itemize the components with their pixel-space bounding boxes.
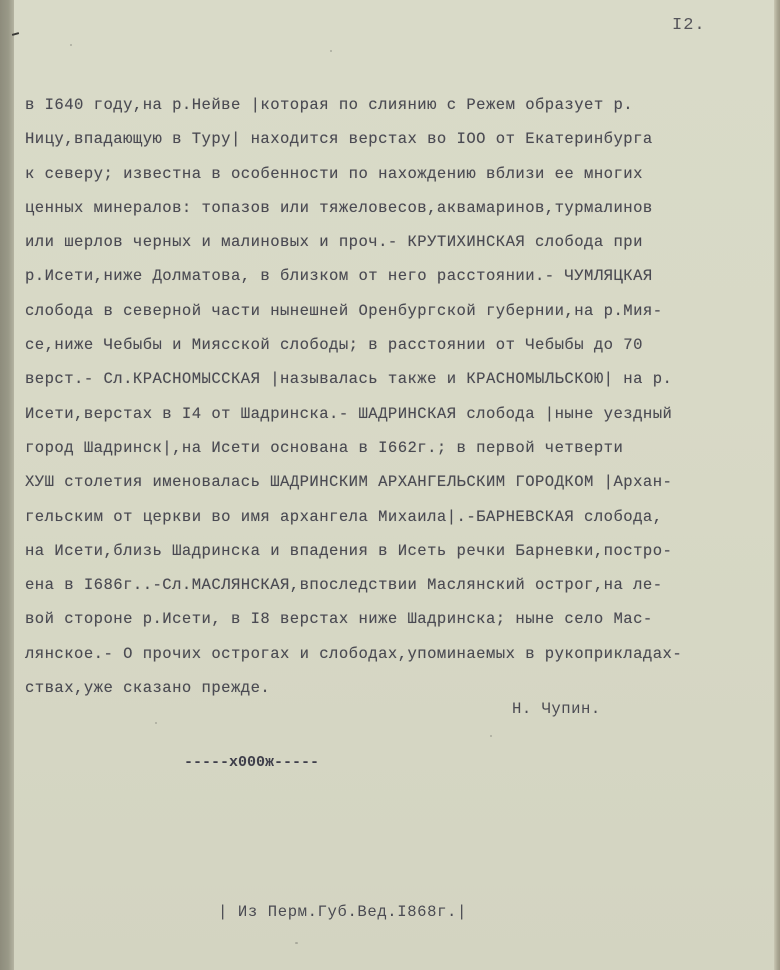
text-line: или шерлов черных и малиновых и проч.- К… [25, 225, 770, 259]
section-separator: -----х000ж----- [184, 754, 319, 771]
text-line: к северу; известна в особенности по нахо… [25, 157, 770, 191]
text-line: на Исети,близь Шадринска и впадения в Ис… [25, 534, 770, 568]
paper-speck [155, 722, 157, 724]
text-line: ценных минералов: топазов или тяжеловесо… [25, 191, 770, 225]
text-line: ствах,уже сказано прежде. [25, 671, 770, 705]
paper-speck [330, 50, 332, 52]
margin-mark [12, 32, 19, 36]
page-left-edge [0, 0, 14, 970]
text-line: лянское.- О прочих острогах и слободах,у… [25, 637, 770, 671]
text-line: Ницу,впадающую в Туру| находится верстах… [25, 122, 770, 156]
paper-speck [490, 735, 492, 737]
text-line: город Шадринск|,на Исети основана в I662… [25, 431, 770, 465]
paper-speck [295, 942, 298, 944]
text-line: гельским от церкви во имя архангела Миха… [25, 500, 770, 534]
text-line: слобода в северной части нынешней Оренбу… [25, 294, 770, 328]
body-text: в I640 году,на р.Нейве |которая по слиян… [25, 88, 770, 705]
page-number: I2. [672, 16, 706, 35]
typewritten-page: I2. в I640 году,на р.Нейве |которая по с… [0, 0, 780, 970]
text-line: ХУШ столетия именовалась ШАДРИНСКИМ АРХА… [25, 465, 770, 499]
text-line: се,ниже Чебыбы и Миясской слободы; в рас… [25, 328, 770, 362]
text-line: р.Исети,ниже Долматова, в близком от нег… [25, 259, 770, 293]
text-line: вой стороне р.Исети, в I8 верстах ниже Ш… [25, 602, 770, 636]
page-right-edge [774, 0, 780, 970]
source-note: | Из Перм.Губ.Вед.I868г.| [218, 903, 467, 921]
paper-speck [70, 44, 72, 46]
author-signature: Н. Чупин. [512, 700, 601, 718]
text-line: ена в I686г..-Сл.МАСЛЯНСКАЯ,впоследствии… [25, 568, 770, 602]
text-line: в I640 году,на р.Нейве |которая по слиян… [25, 88, 770, 122]
text-line: Исети,верстах в I4 от Шадринска.- ШАДРИН… [25, 397, 770, 431]
text-line: верст.- Сл.КРАСНОМЫССКАЯ |называлась так… [25, 362, 770, 396]
